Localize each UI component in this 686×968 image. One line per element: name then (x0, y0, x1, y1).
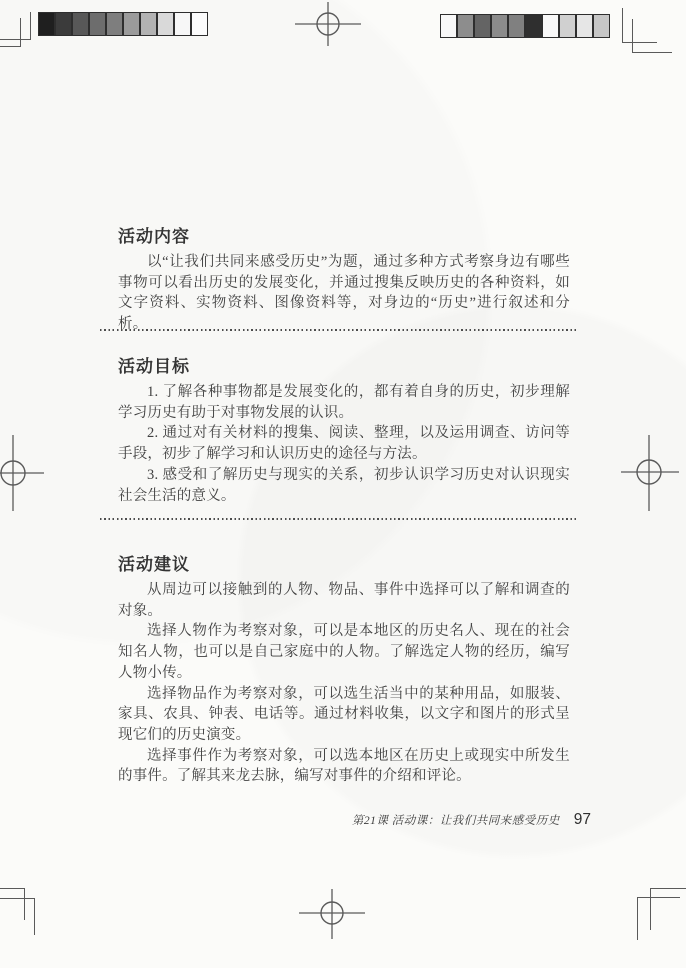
calibration-swatch (474, 14, 491, 38)
paragraph: 以“让我们共同来感受历史”为题，通过多种方式考察身边有哪些事物可以看出历史的发展… (118, 252, 570, 335)
page-footer: 第21课 活动课：让我们共同来感受历史 97 (352, 811, 591, 829)
paragraph: 选择人物作为考察对象，可以是本地区的历史名人、现在的社会知名人物，也可以是自己家… (118, 621, 570, 683)
page-number: 97 (574, 811, 591, 829)
calibration-swatch (55, 12, 72, 36)
calibration-swatch (123, 12, 140, 36)
registration-crosshair-left-icon (0, 435, 44, 511)
calibration-swatch (191, 12, 208, 36)
calibration-swatch (525, 14, 542, 38)
section-body: 以“让我们共同来感受历史”为题，通过多种方式考察身边有哪些事物可以看出历史的发展… (118, 252, 570, 335)
registration-corner-top-right-icon (632, 19, 672, 53)
registration-corner-top-left-icon (0, 18, 21, 47)
calibration-swatch (440, 14, 457, 38)
registration-crosshair-right-icon (621, 435, 679, 511)
calibration-swatch (106, 12, 123, 36)
calibration-swatch (89, 12, 106, 36)
paragraph: 从周边可以接触到的人物、物品、事件中选择可以了解和调查的对象。 (118, 580, 570, 621)
section-body: 1. 了解各种事物都是发展变化的，都有着自身的历史，初步理解学习历史有助于对事物… (118, 382, 570, 506)
calibration-swatch (559, 14, 576, 38)
registration-crosshair-bottom-icon (299, 889, 365, 939)
section-activity-suggestions: 活动建议 从周边可以接触到的人物、物品、事件中选择可以了解和调查的对象。选择人物… (118, 550, 570, 787)
registration-corner-bottom-left-icon (0, 898, 35, 935)
paragraph: 1. 了解各种事物都是发展变化的，都有着自身的历史，初步理解学习历史有助于对事物… (118, 382, 570, 423)
calibration-swatch (576, 14, 593, 38)
grayscale-calibration-bar-right (440, 14, 610, 38)
calibration-swatch (140, 12, 157, 36)
section-heading: 活动建议 (118, 550, 570, 575)
section-activity-goals: 活动目标 1. 了解各种事物都是发展变化的，都有着自身的历史，初步理解学习历史有… (118, 352, 570, 506)
calibration-swatch (508, 14, 525, 38)
calibration-swatch (457, 14, 474, 38)
calibration-swatch (491, 14, 508, 38)
grayscale-calibration-bar-left (38, 12, 208, 36)
scanned-textbook-page: 活动内容 以“让我们共同来感受历史”为题，通过多种方式考察身边有哪些事物可以看出… (0, 0, 686, 968)
paragraph: 选择事件作为考察对象，可以选本地区在历史上或现实中所发生的事件。了解其来龙去脉，… (118, 746, 570, 787)
registration-crosshair-top-icon (295, 2, 361, 46)
calibration-swatch (593, 14, 610, 38)
dotted-separator (100, 518, 578, 520)
section-heading: 活动内容 (118, 222, 570, 247)
paragraph: 3. 感受和了解历史与现实的关系，初步认识学习历史对认识现实社会生活的意义。 (118, 465, 570, 506)
paragraph: 选择物品作为考察对象，可以选生活当中的某种用品，如服装、家具、农具、钟表、电话等… (118, 684, 570, 746)
section-heading: 活动目标 (118, 352, 570, 377)
calibration-swatch (174, 12, 191, 36)
calibration-swatch (157, 12, 174, 36)
lesson-title: 第21课 活动课：让我们共同来感受历史 (352, 812, 560, 828)
section-activity-content: 活动内容 以“让我们共同来感受历史”为题，通过多种方式考察身边有哪些事物可以看出… (118, 222, 570, 335)
calibration-swatch (542, 14, 559, 38)
calibration-swatch (38, 12, 55, 36)
registration-corner-bottom-right-icon (637, 897, 680, 940)
paragraph: 2. 通过对有关材料的搜集、阅读、整理，以及运用调查、访问等手段，初步了解学习和… (118, 423, 570, 464)
calibration-swatch (72, 12, 89, 36)
dotted-separator (100, 329, 578, 331)
section-body: 从周边可以接触到的人物、物品、事件中选择可以了解和调查的对象。选择人物作为考察对… (118, 580, 570, 787)
